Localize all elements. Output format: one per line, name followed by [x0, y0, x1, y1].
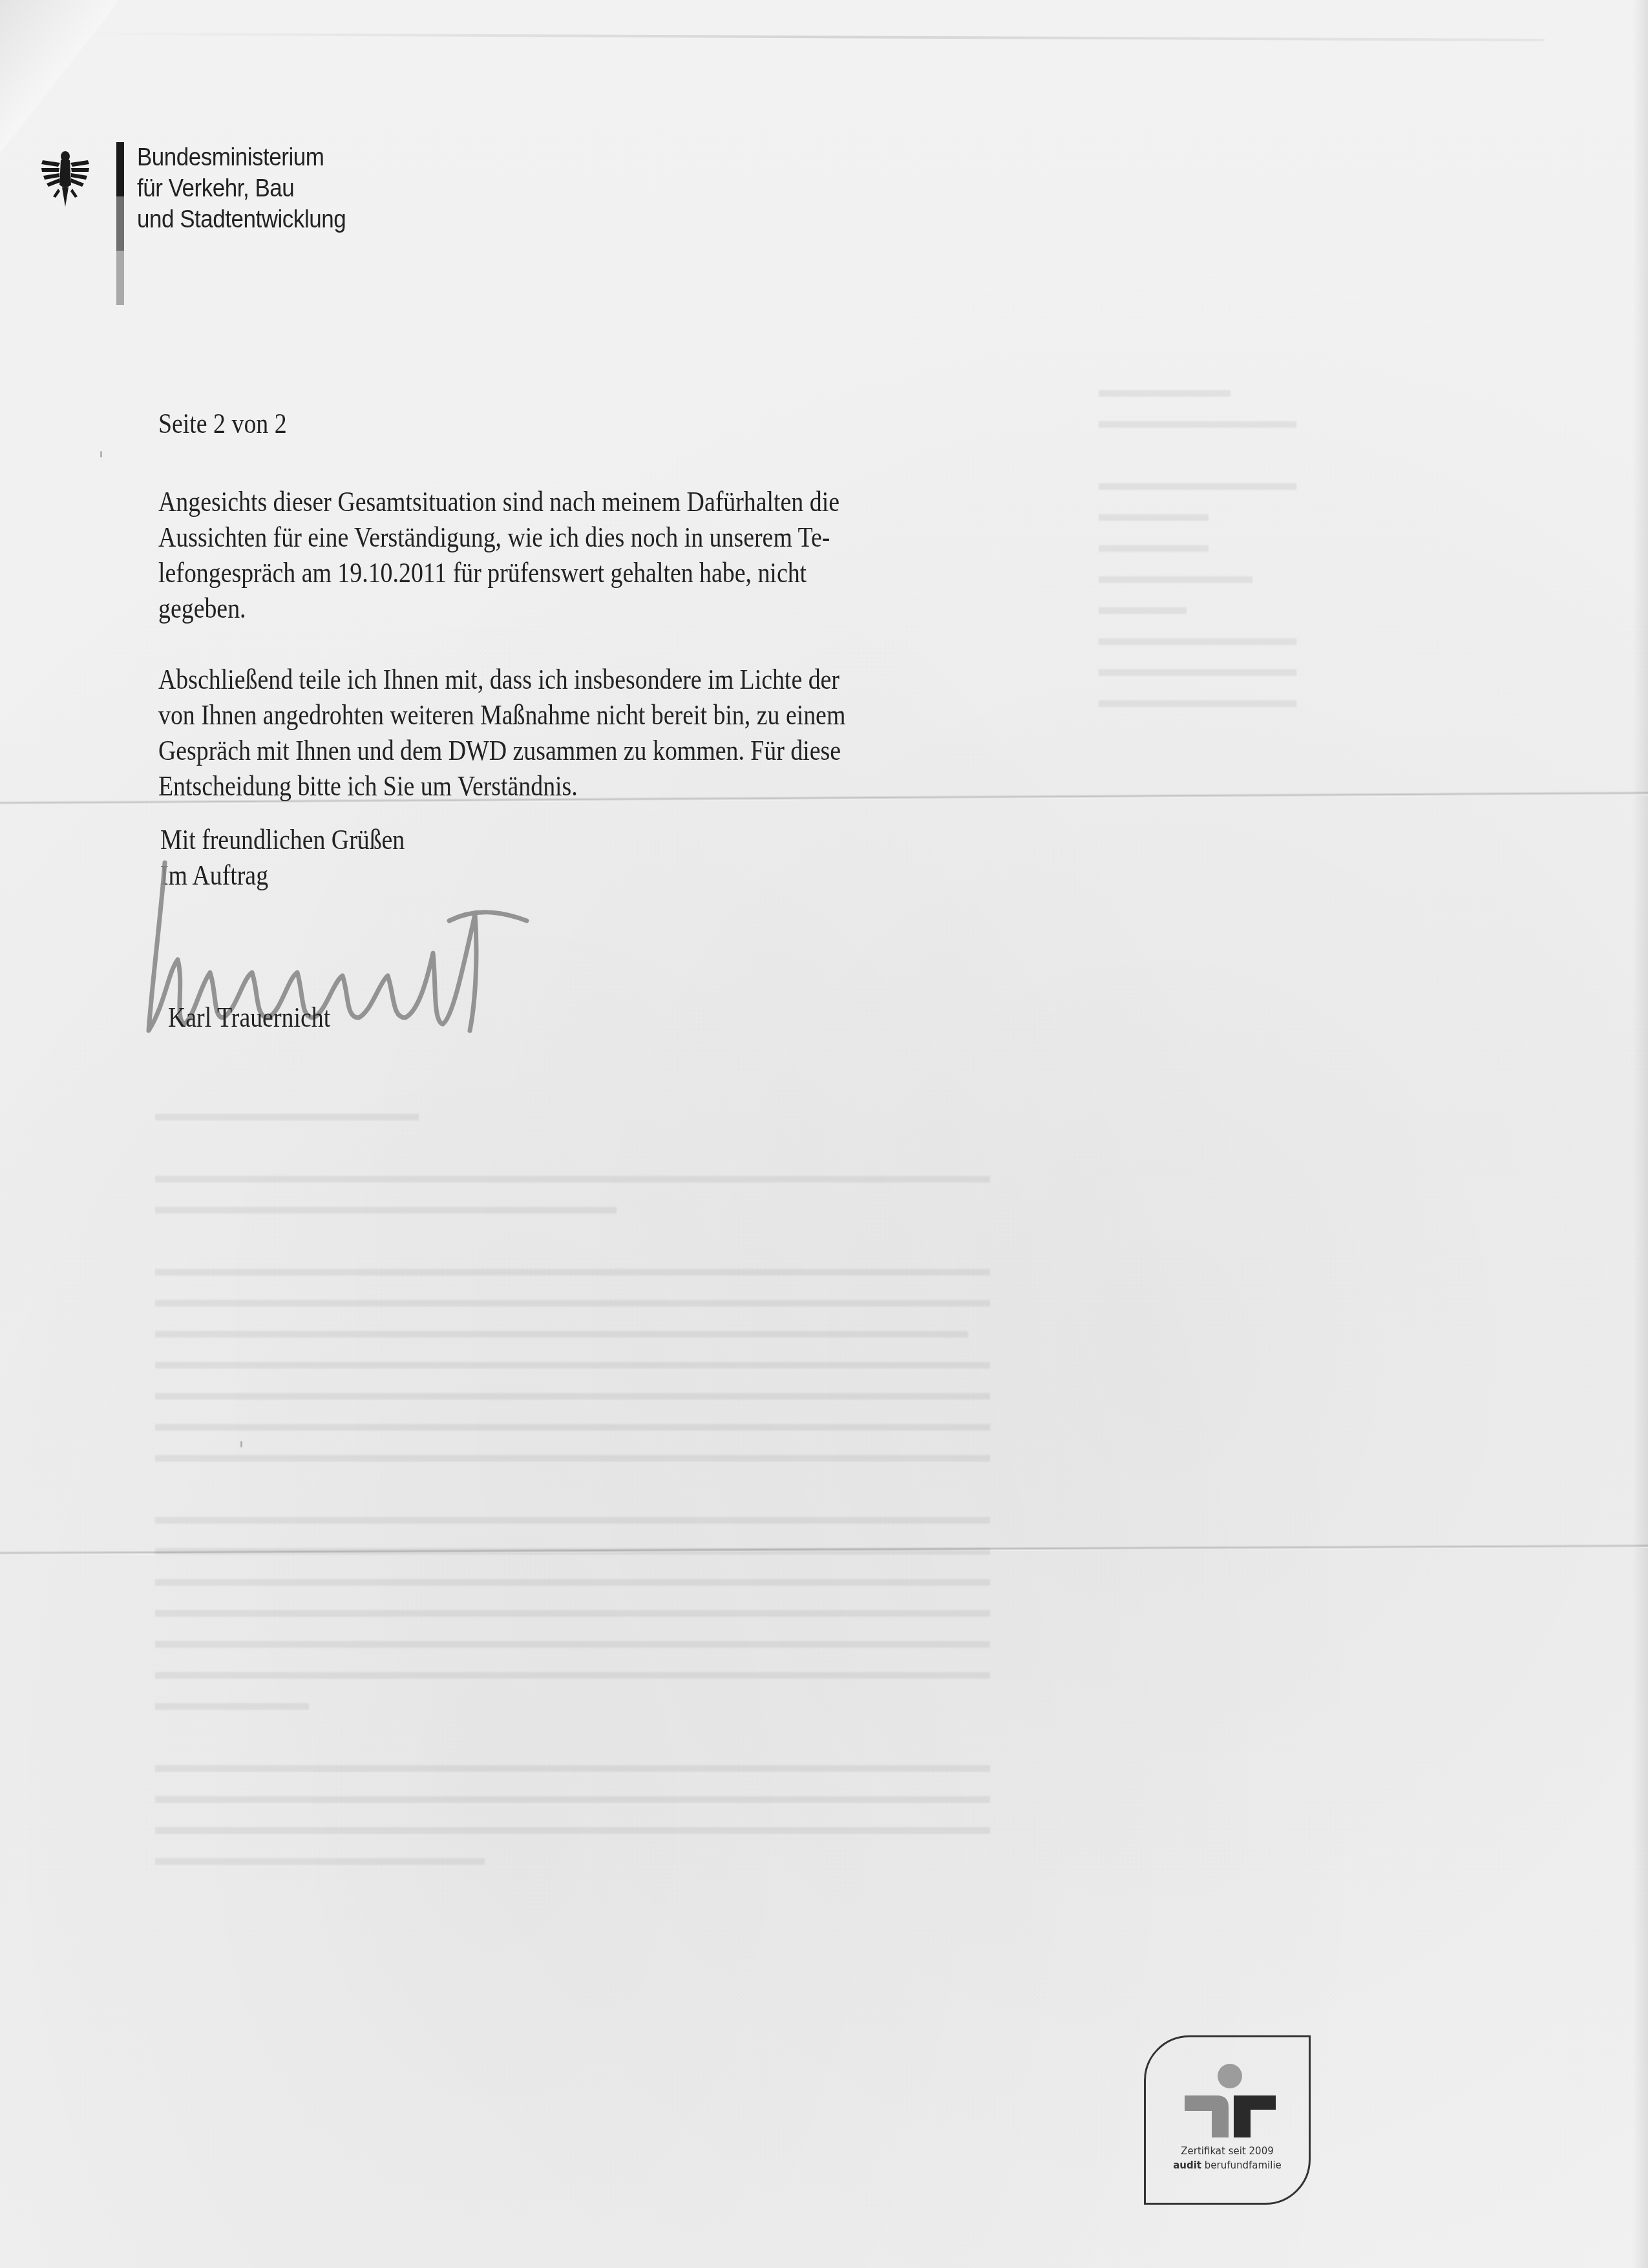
flag-ribbon — [116, 142, 124, 305]
certification-audit-label: audit — [1173, 2159, 1201, 2171]
paragraph: Angesichts dieser Gesamtsituation sind n… — [158, 484, 953, 626]
paragraph-line: Abschließend teile ich Ihnen mit, dass i… — [158, 662, 953, 697]
paper-top-edge — [58, 32, 1545, 41]
page-marker: Seite 2 von 2 — [158, 406, 953, 441]
salutation: Mit freundlichen Grüßen — [160, 822, 405, 857]
signer-name: Karl Trauernicht — [168, 1000, 330, 1035]
federal-eagle-icon — [39, 147, 92, 212]
certification-since: Zertifikat seit 2009 — [1146, 2144, 1309, 2158]
ministry-name-line: für Verkehr, Bau — [137, 173, 346, 204]
certification-text: Zertifikat seit 2009 audit berufundfamil… — [1146, 2144, 1309, 2172]
paragraph-line: Entscheidung bitte ich Sie um Verständni… — [158, 768, 953, 804]
paragraph-line: gegeben. — [158, 591, 953, 626]
scan-speck — [240, 1441, 242, 1447]
paragraph-line: lefongespräch am 19.10.2011 für prüfensw… — [158, 555, 953, 591]
paragraph-line: von Ihnen angedrohten weiteren Maßnahme … — [158, 697, 953, 733]
letterhead: Bundesministerium für Verkehr, Bau und S… — [39, 142, 364, 305]
certification-program: audit berufundfamilie — [1146, 2158, 1309, 2172]
ministry-name-line: und Stadtentwicklung — [137, 204, 346, 235]
certification-program-name: berufundfamilie — [1201, 2159, 1282, 2171]
bleed-through-body: ▬▬▬▬▬▬▬▬▬▬▬▬ ▬▬▬▬▬▬▬▬▬▬▬▬▬▬▬▬▬▬▬▬▬▬▬▬▬▬▬… — [155, 1098, 990, 1874]
ministry-name-line: Bundesministerium — [137, 142, 346, 173]
scan-speck — [100, 451, 102, 457]
bleed-through-sender-block: ▬▬▬▬▬▬ ▬▬▬▬▬▬▬▬▬ ▬▬▬▬▬▬▬▬▬ ▬▬▬▬▬ ▬▬▬▬▬ ▬… — [1099, 375, 1296, 716]
ministry-name: Bundesministerium für Verkehr, Bau und S… — [137, 142, 346, 235]
scanned-letter-page: ▬▬▬▬▬▬ ▬▬▬▬▬▬▬▬▬ ▬▬▬▬▬▬▬▬▬ ▬▬▬▬▬ ▬▬▬▬▬ ▬… — [0, 0, 1648, 2268]
certification-badge: Zertifikat seit 2009 audit berufundfamil… — [1144, 2035, 1311, 2205]
paragraph: Abschließend teile ich Ihnen mit, dass i… — [158, 662, 953, 804]
letter-body: Seite 2 von 2 Angesichts dieser Gesamtsi… — [158, 406, 953, 839]
berufundfamilie-logo-icon — [1183, 2063, 1280, 2144]
paragraph-line: Angesichts dieser Gesamtsituation sind n… — [158, 484, 953, 520]
paragraph-line: Aussichten für eine Verständigung, wie i… — [158, 520, 953, 555]
paragraph-line: Gespräch mit Ihnen und dem DWD zusammen … — [158, 733, 953, 768]
paper-right-edge — [1632, 0, 1648, 2268]
